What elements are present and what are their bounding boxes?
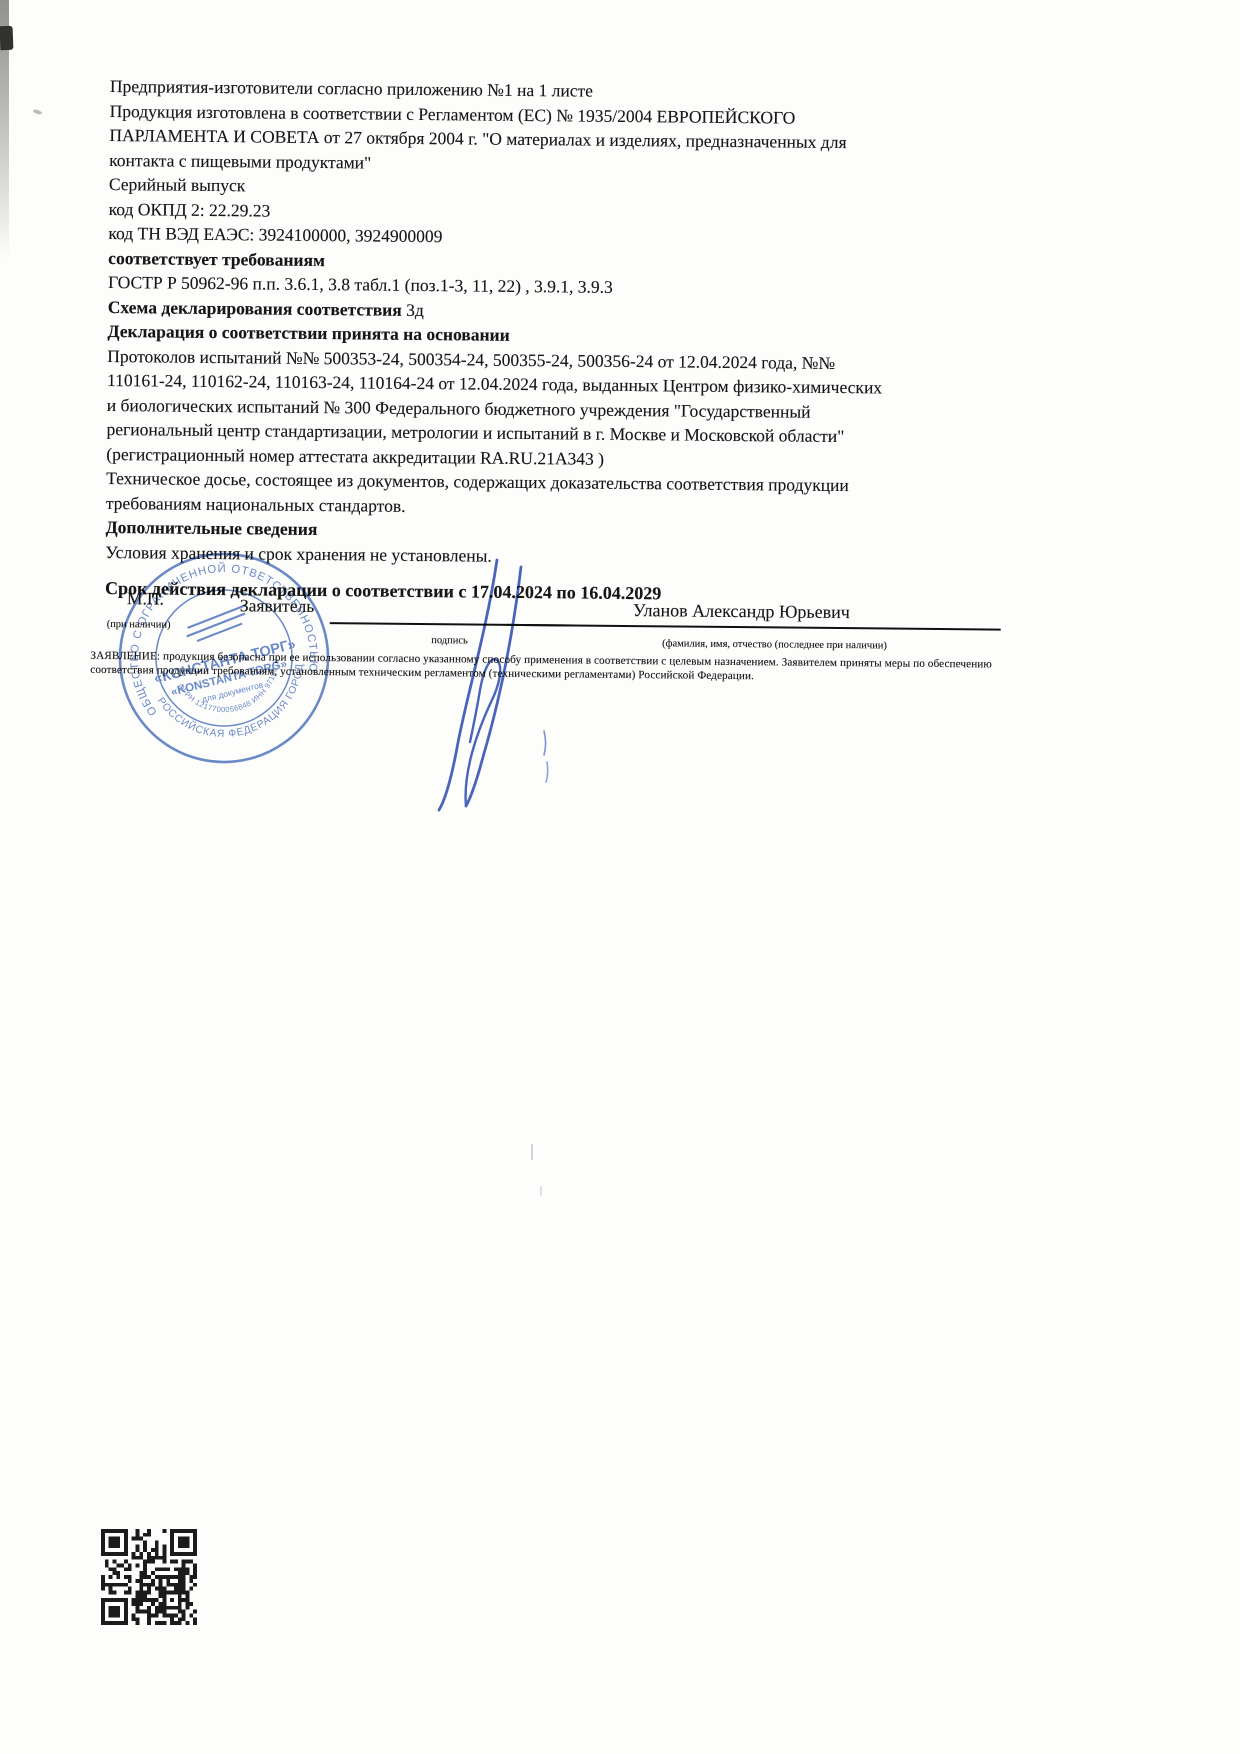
document-body: Предприятия-изготовители согласно прилож… [105,74,1040,609]
scan-speck [531,1144,533,1160]
scanned-declaration-page: Предприятия-изготовители согласно прилож… [0,0,1240,1754]
scan-corner-mark [0,26,13,50]
protocols-paragraph: Протоколов испытаний №№ 500353-24, 50035… [106,343,1037,474]
scheme-value: 3д [406,299,424,319]
applicant-name: Уланов Александр Юрьевич [633,598,850,625]
regulation-paragraph: Продукция изготовлена в соответствии с Р… [109,98,1040,180]
dossier-paragraph: Техническое досье, состоящее из документ… [106,466,1036,524]
signature-caption: подпись [384,629,514,655]
scan-speck [33,109,43,116]
scheme-heading: Схема декларирования соответствия [108,296,402,319]
qr-code-image [101,1529,197,1625]
scan-speck [540,1186,542,1196]
